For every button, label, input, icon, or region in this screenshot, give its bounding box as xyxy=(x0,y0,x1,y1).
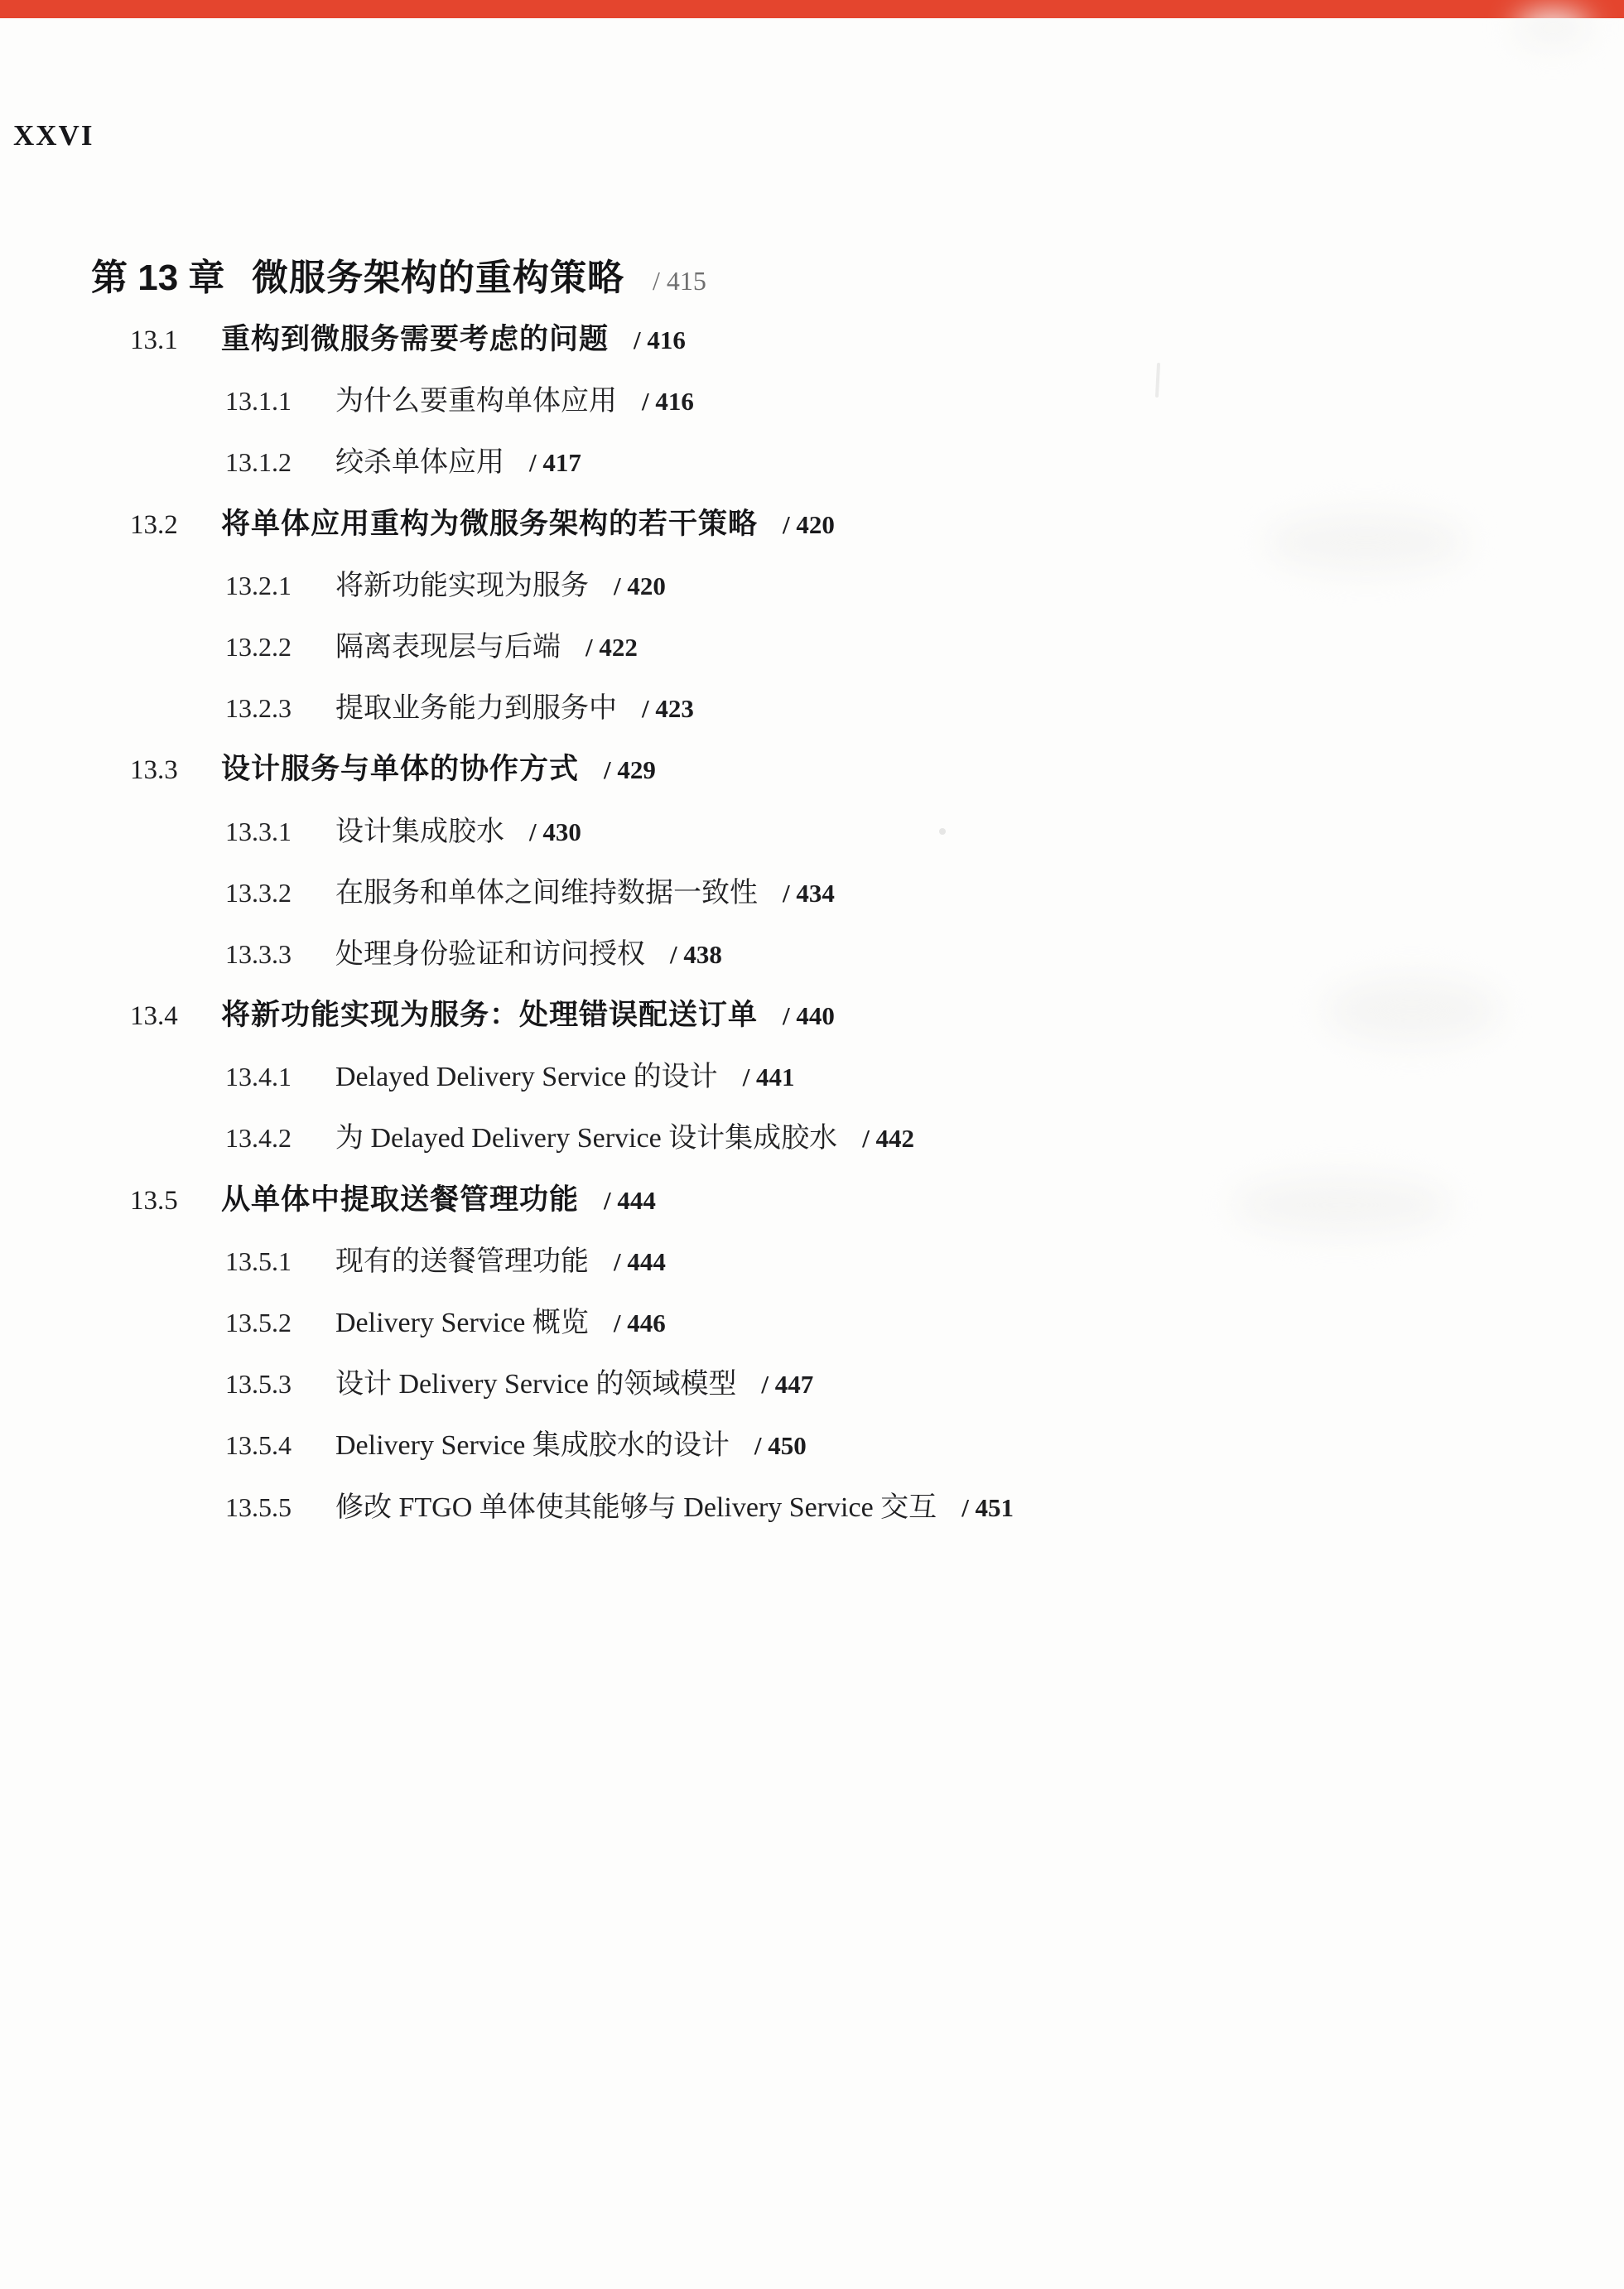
chapter-page-number: / 415 xyxy=(653,266,706,296)
toc-item-page: / 442 xyxy=(862,1124,914,1153)
scan-smudge xyxy=(1516,12,1590,45)
toc-item-13-2-3: 13.2.3提取业务能力到服务中/ 423 xyxy=(0,677,1624,739)
toc-item-title: Delayed Delivery Service 的设计 xyxy=(335,1062,718,1092)
chapter-heading: 第 13 章微服务架构的重构策略/ 415 xyxy=(0,248,1624,309)
toc-item-13-1-2: 13.1.2绞杀单体应用/ 417 xyxy=(0,431,1624,493)
toc-item-title: 修改 FTGO 单体使其能够与 Delivery Service 交互 xyxy=(335,1492,937,1523)
toc-item-number: 13.3.1 xyxy=(225,801,335,862)
toc-item-number: 13.4.2 xyxy=(225,1107,335,1169)
toc-item-number: 13.5 xyxy=(130,1170,221,1231)
toc-item-13-3-3: 13.3.3处理身份验证和访问授权/ 438 xyxy=(0,923,1624,985)
toc-item-number: 13.3.3 xyxy=(225,923,335,985)
page-number-label: XXVI xyxy=(13,119,94,152)
toc-item-number: 13.2.3 xyxy=(225,677,335,739)
toc-item-page: / 420 xyxy=(783,510,835,539)
toc-item-title: 重构到微服务需要考虑的问题 xyxy=(221,323,609,355)
toc-item-page: / 420 xyxy=(614,571,666,600)
toc-item-13-4-2: 13.4.2为 Delayed Delivery Service 设计集成胶水/… xyxy=(0,1107,1624,1169)
toc-item-page: / 447 xyxy=(761,1370,813,1399)
toc-item-page: / 434 xyxy=(783,879,835,908)
toc-item-13-5-1: 13.5.1现有的送餐管理功能/ 444 xyxy=(0,1231,1624,1292)
toc-item-page: / 438 xyxy=(670,940,722,969)
toc-item-page: / 450 xyxy=(754,1431,807,1460)
toc-item-title: Delivery Service 集成胶水的设计 xyxy=(335,1430,730,1461)
toc-item-title: 将新功能实现为服务 xyxy=(335,571,589,601)
toc-item-title: 将单体应用重构为微服务架构的若干策略 xyxy=(221,508,758,540)
toc-item-title: 设计 Delivery Service 的领域模型 xyxy=(335,1369,736,1400)
toc-item-title: 为 Delayed Delivery Service 设计集成胶水 xyxy=(335,1123,837,1154)
toc-item-number: 13.1 xyxy=(130,310,221,371)
toc-item-13-3-1: 13.3.1设计集成胶水/ 430 xyxy=(0,801,1624,862)
toc-item-title: Delivery Service 概览 xyxy=(335,1308,589,1338)
scan-speck xyxy=(939,828,946,835)
toc-item-page: / 440 xyxy=(783,1001,835,1030)
toc-item-title: 隔离表现层与后端 xyxy=(335,632,561,663)
toc-item-page: / 423 xyxy=(642,694,694,723)
toc-item-13-1-1: 13.1.1为什么要重构单体应用/ 416 xyxy=(0,370,1624,431)
toc-item-title: 将新功能实现为服务：处理错误配送订单 xyxy=(221,999,758,1031)
toc-item-number: 13.3.2 xyxy=(225,862,335,923)
toc-item-title: 从单体中提取送餐管理功能 xyxy=(221,1183,579,1216)
toc-item-number: 13.2 xyxy=(130,494,221,556)
toc-item-number: 13.5.3 xyxy=(225,1353,335,1414)
toc-item-number: 13.4 xyxy=(130,985,221,1047)
toc-item-title: 提取业务能力到服务中 xyxy=(335,693,617,724)
toc-item-page: / 416 xyxy=(634,325,686,354)
scan-smudge xyxy=(1234,1176,1449,1234)
toc-item-13-4-1: 13.4.1Delayed Delivery Service 的设计/ 441 xyxy=(0,1046,1624,1107)
chapter-label: 第 13 章 xyxy=(91,248,252,309)
toc-item-number: 13.1.2 xyxy=(225,431,335,493)
toc-item-title: 为什么要重构单体应用 xyxy=(335,386,617,417)
toc-item-13-3-2: 13.3.2在服务和单体之间维持数据一致性/ 434 xyxy=(0,862,1624,923)
toc-item-number: 13.2.2 xyxy=(225,616,335,677)
toc-item-page: / 422 xyxy=(586,633,638,662)
toc-item-13-5-4: 13.5.4Delivery Service 集成胶水的设计/ 450 xyxy=(0,1414,1624,1476)
toc-list: 13.1重构到微服务需要考虑的问题/ 41613.1.1为什么要重构单体应用/ … xyxy=(0,309,1624,1538)
toc-item-13-5-5: 13.5.5修改 FTGO 单体使其能够与 Delivery Service 交… xyxy=(0,1477,1624,1538)
toc-item-page: / 417 xyxy=(529,448,581,477)
toc-item-page: / 451 xyxy=(961,1493,1014,1522)
toc-item-13-3: 13.3设计服务与单体的协作方式/ 429 xyxy=(0,739,1624,800)
book-page: XXVI 第 13 章微服务架构的重构策略/ 415 13.1重构到微服务需要考… xyxy=(0,0,1624,2289)
table-of-contents: 第 13 章微服务架构的重构策略/ 415 13.1重构到微服务需要考虑的问题/… xyxy=(0,248,1624,1538)
toc-item-page: / 429 xyxy=(604,755,656,784)
toc-item-title: 设计集成胶水 xyxy=(335,817,504,847)
toc-item-number: 13.5.4 xyxy=(225,1414,335,1476)
scan-edge-bar xyxy=(0,0,1624,18)
toc-item-title: 处理身份验证和访问授权 xyxy=(335,939,645,970)
toc-item-number: 13.1.1 xyxy=(225,370,335,431)
toc-item-number: 13.2.1 xyxy=(225,555,335,616)
toc-item-title: 设计服务与单体的协作方式 xyxy=(221,753,579,785)
toc-item-title: 在服务和单体之间维持数据一致性 xyxy=(335,878,758,908)
toc-item-number: 13.5.5 xyxy=(225,1477,335,1538)
toc-item-13-5-2: 13.5.2Delivery Service 概览/ 446 xyxy=(0,1292,1624,1353)
toc-item-number: 13.5.1 xyxy=(225,1231,335,1292)
toc-item-13-5-3: 13.5.3设计 Delivery Service 的领域模型/ 447 xyxy=(0,1353,1624,1414)
toc-item-page: / 444 xyxy=(614,1247,666,1276)
toc-item-title: 现有的送餐管理功能 xyxy=(335,1246,589,1277)
toc-item-page: / 430 xyxy=(529,817,581,846)
scan-smudge xyxy=(1267,513,1466,571)
toc-item-page: / 444 xyxy=(604,1186,656,1215)
toc-item-page: / 441 xyxy=(743,1063,795,1091)
toc-item-page: / 416 xyxy=(642,387,694,416)
toc-item-number: 13.4.1 xyxy=(225,1046,335,1107)
toc-item-13-1: 13.1重构到微服务需要考虑的问题/ 416 xyxy=(0,309,1624,370)
chapter-title: 微服务架构的重构策略 xyxy=(252,258,624,298)
scan-smudge xyxy=(1325,977,1499,1043)
toc-item-number: 13.3 xyxy=(130,740,221,801)
toc-item-13-2-2: 13.2.2隔离表现层与后端/ 422 xyxy=(0,616,1624,677)
toc-item-title: 绞杀单体应用 xyxy=(335,447,504,478)
toc-item-number: 13.5.2 xyxy=(225,1292,335,1353)
toc-item-page: / 446 xyxy=(614,1308,666,1337)
